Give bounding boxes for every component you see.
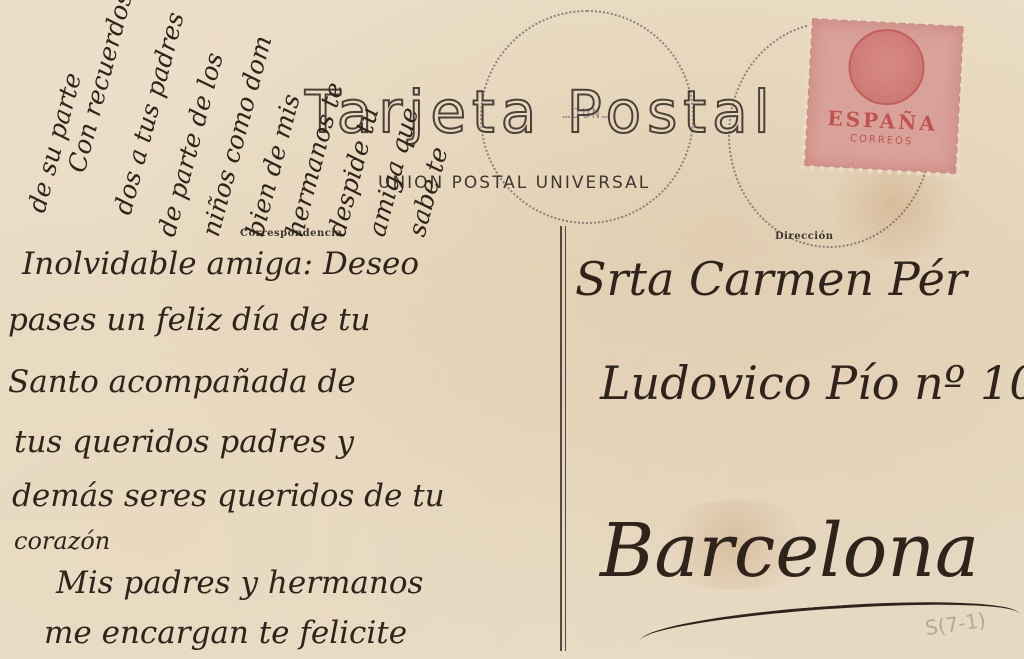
address-label: Dirección [775,231,834,242]
message-line: demás seres queridos de tu [12,478,445,514]
message-line: corazón [14,527,110,555]
message-line: pases un feliz día de tu [8,302,371,338]
king-portrait-icon [847,27,927,107]
divider-line [560,226,566,651]
message-line: Mis padres y hermanos [56,565,423,601]
message-line: Inolvidable amiga: Deseo [22,246,419,282]
message-line: me encargan te felicite [44,615,407,651]
address-street: Ludovico Pío nº 10 [600,356,1024,410]
address-name: Srta Carmen Pér [575,252,967,306]
address-city: Barcelona [600,508,979,594]
message-line: tus queridos padres y [14,424,354,460]
postcard: …JUN… … Tarjeta Postal UNION POSTAL UNIV… [0,0,1024,659]
message-line: Santo acompañada de [8,364,356,400]
postage-stamp: ESPAÑA CORREOS [804,18,964,174]
